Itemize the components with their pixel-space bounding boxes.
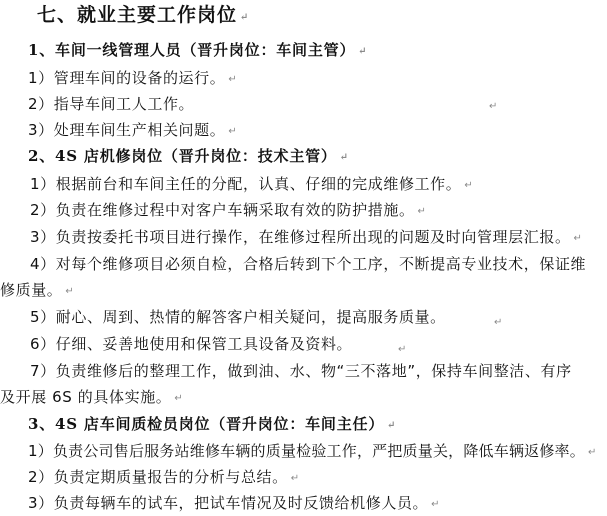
list-item: 7）负责维修后的整理工作，做到油、水、物“三不落地”，保持车间整洁、有序 (30, 361, 572, 381)
section-3-heading: 3、4S 店车间质检员岗位（晋升岗位：车间主任）↵ (28, 414, 396, 436)
paragraph-mark-icon: ↵ (494, 317, 502, 329)
list-item-continuation: 及开展 6S 的具体实施。↵ (0, 387, 183, 409)
list-item-text: 5）耐心、周到、热情的解答客户相关疑问，提高服务质量。 (30, 308, 446, 326)
section-heading-text: 2、4S 店机修岗位（晋升岗位：技术主管） (28, 147, 337, 165)
paragraph-mark-icon: ↵ (240, 12, 248, 23)
section-heading-text: 3、4S 店车间质检员岗位（晋升岗位：车间主任） (28, 415, 384, 433)
list-item-text: 2）负责定期质量报告的分析与总结。 (28, 468, 288, 486)
list-item: 2）负责定期质量报告的分析与总结。↵ (28, 467, 299, 489)
list-item-text: 2）负责在维修过程中对客户车辆采取有效的防护措施。 (30, 201, 415, 219)
paragraph-mark-icon: ↵ (489, 101, 497, 113)
list-item: 6）仔细、妥善地使用和保管工具设备及资料。 (30, 334, 352, 354)
section-2-heading: 2、4S 店机修岗位（晋升岗位：技术主管）↵ (28, 146, 348, 168)
list-item: 3）负责按委托书项目进行操作，在维修过程所出现的问题及时向管理层汇报。↵ (30, 227, 582, 249)
section-1-heading: 1、车间一线管理人员（晋升岗位：车间主管）↵ (28, 40, 367, 62)
paragraph-mark-icon: ↵ (228, 126, 236, 137)
paragraph-mark-icon: ↵ (464, 180, 472, 191)
document-title: 七、就业主要工作岗位↵ (37, 5, 248, 28)
list-item-text: 及开展 6S 的具体实施。 (0, 388, 171, 406)
list-item-continuation: 修质量。↵ (0, 280, 74, 302)
list-item-text: 1）负责公司售后服务站维修车辆的质量检验工作，严把质量关，降低车辆返修率。 (28, 442, 585, 460)
paragraph-mark-icon: ↵ (588, 447, 596, 458)
document-title-text: 七、就业主要工作岗位 (37, 4, 237, 26)
paragraph-mark-icon: ↵ (387, 420, 395, 431)
list-item: 2）负责在维修过程中对客户车辆采取有效的防护措施。↵ (30, 200, 426, 222)
list-item-text: 6）仔细、妥善地使用和保管工具设备及资料。 (30, 335, 352, 353)
list-item: 1）根据前台和车间主任的分配，认真、仔细的完成维修工作。↵ (30, 174, 473, 196)
paragraph-mark-icon: ↵ (65, 286, 73, 297)
list-item: 1）管理车间的设备的运行。↵ (28, 68, 237, 90)
list-item-text: 1）管理车间的设备的运行。 (28, 69, 225, 87)
list-item-text: 3）负责按委托书项目进行操作，在维修过程所出现的问题及时向管理层汇报。 (30, 228, 571, 246)
paragraph-mark-icon: ↵ (574, 233, 582, 244)
list-item: 4）对每个维修项目必须自检，合格后转到下个工序，不断提高专业技术，保证维 (30, 254, 586, 274)
list-item-text: 修质量。 (0, 281, 62, 299)
list-item-text: 3）负责每辆车的试车，把试车情况及时反馈给机修人员。 (28, 494, 428, 512)
section-heading-text: 1、车间一线管理人员（晋升岗位：车间主管） (28, 41, 355, 59)
list-item: 1）负责公司售后服务站维修车辆的质量检验工作，严把质量关，降低车辆返修率。↵ (28, 441, 596, 463)
list-item-text: 4）对每个维修项目必须自检，合格后转到下个工序，不断提高专业技术，保证维 (30, 255, 586, 273)
paragraph-mark-icon: ↵ (418, 206, 426, 217)
list-item: 2）指导车间工人工作。 (28, 94, 194, 114)
list-item-text: 2）指导车间工人工作。 (28, 95, 194, 113)
paragraph-mark-icon: ↵ (358, 46, 366, 57)
list-item-text: 7）负责维修后的整理工作，做到油、水、物“三不落地”，保持车间整洁、有序 (30, 362, 572, 380)
paragraph-mark-icon: ↵ (228, 74, 236, 85)
list-item-text: 3）处理车间生产相关问题。 (28, 121, 225, 139)
list-item-text: 1）根据前台和车间主任的分配，认真、仔细的完成维修工作。 (30, 175, 461, 193)
list-item: 3）负责每辆车的试车，把试车情况及时反馈给机修人员。↵ (28, 493, 440, 515)
paragraph-mark-icon: ↵ (398, 344, 406, 356)
list-item: 5）耐心、周到、热情的解答客户相关疑问，提高服务质量。 (30, 307, 446, 327)
paragraph-mark-icon: ↵ (431, 499, 439, 510)
paragraph-mark-icon: ↵ (291, 473, 299, 484)
list-item: 3）处理车间生产相关问题。↵ (28, 120, 237, 142)
paragraph-mark-icon: ↵ (174, 393, 182, 404)
paragraph-mark-icon: ↵ (340, 152, 348, 163)
